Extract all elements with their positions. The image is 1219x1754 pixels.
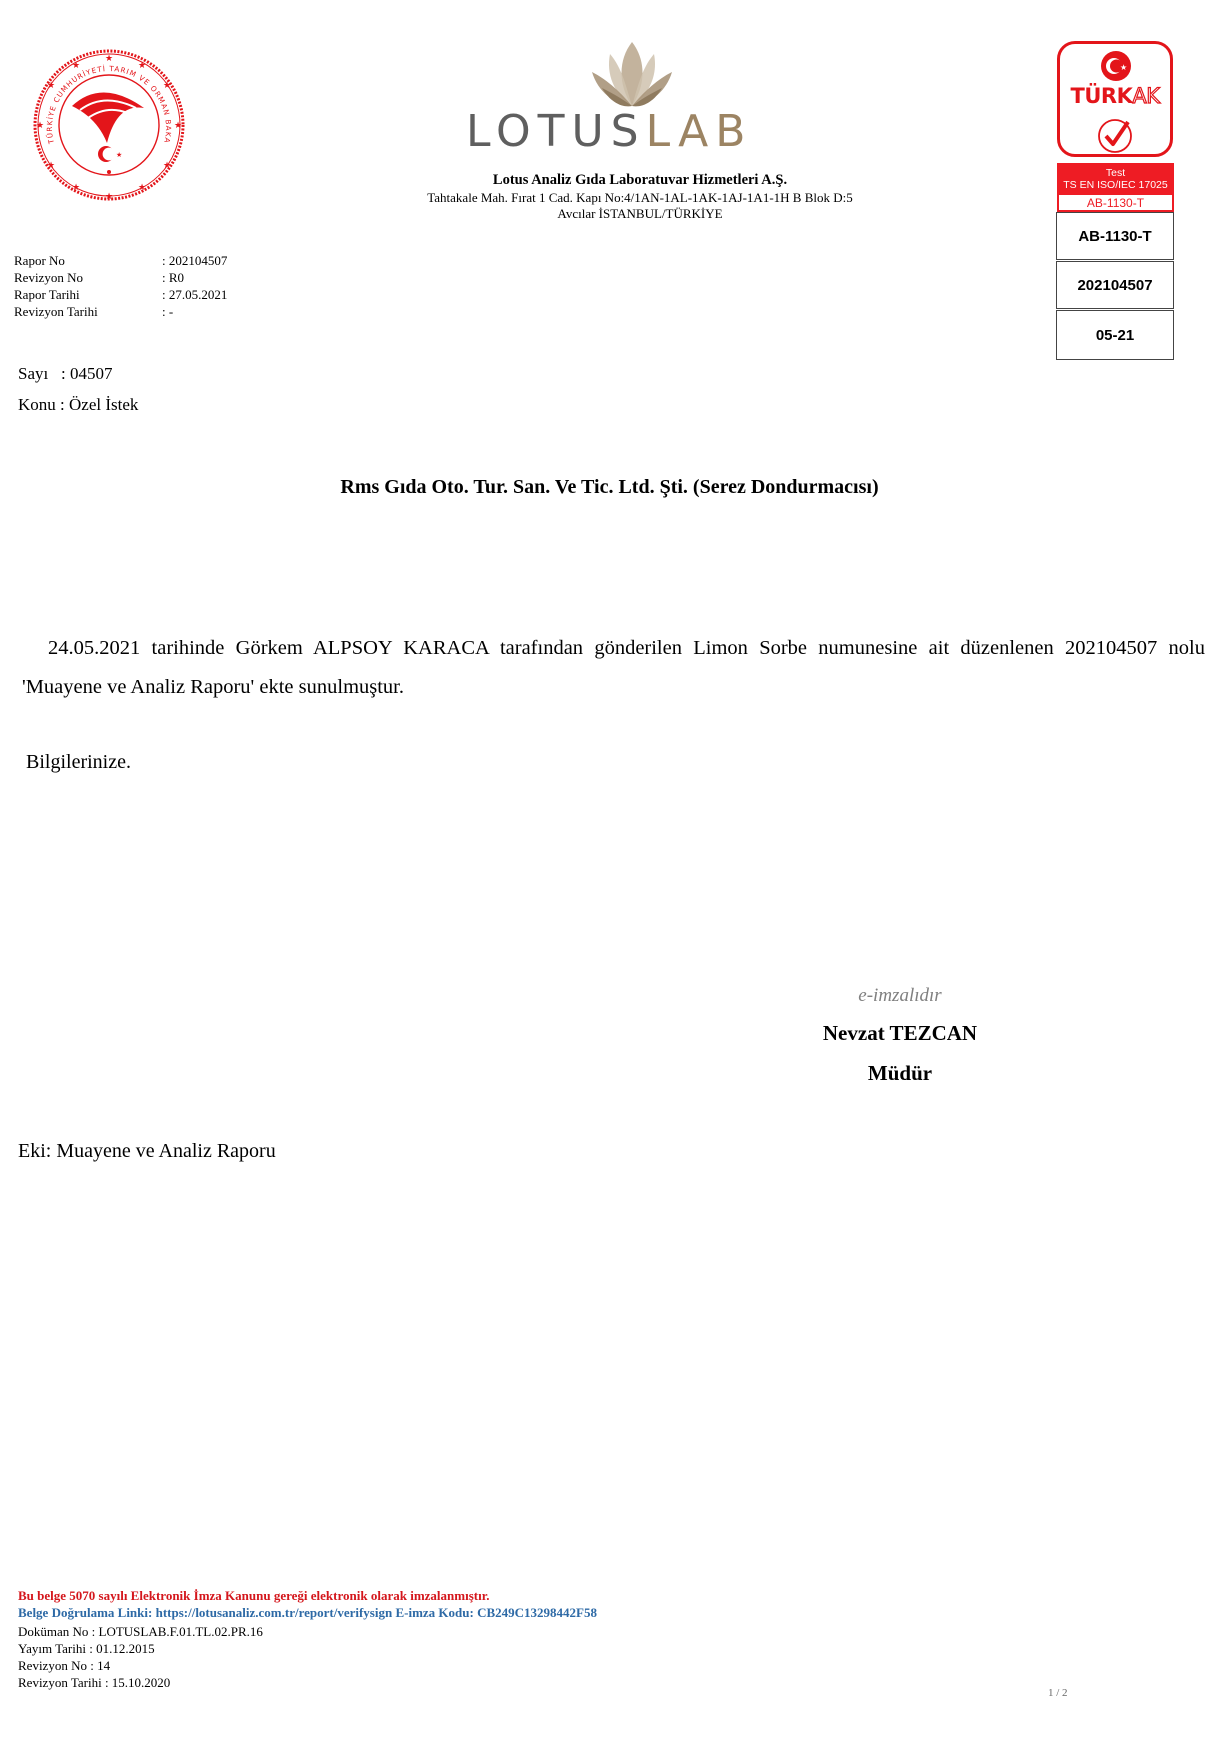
report-number-box: 202104507 [1056,261,1174,309]
company-name: Lotus Analiz Gıda Laboratuvar Hizmetleri… [380,172,900,189]
svg-text:★: ★ [105,54,113,64]
svg-text:★: ★ [138,183,146,193]
svg-text:★: ★ [72,61,80,71]
address-line-1: Tahtakale Mah. Fırat 1 Cad. Kapı No:4/1A… [360,190,920,206]
svg-text:★: ★ [72,183,80,193]
svg-text:★: ★ [1120,63,1127,72]
signer-title: Müdür [780,1061,1020,1086]
svg-text:★: ★ [174,121,182,131]
legal-notice: Bu belge 5070 sayılı Elektronik İmza Kan… [18,1588,490,1604]
meta-row: Rapor Tarihi: 27.05.2021 [14,286,227,303]
date-code-box: 05-21 [1056,310,1174,360]
svg-text:★: ★ [163,81,171,91]
turkak-wordmark: TÜRKAK [1060,84,1170,108]
letter-closing: Bilgilerinize. [26,751,131,774]
svg-text:★: ★ [138,61,146,71]
page-number: 1 / 2 [1048,1687,1068,1699]
accreditation-number-box: AB-1130-T [1056,212,1174,260]
turkak-badge: ★ TÜRKAK [1057,41,1173,157]
lotuslab-logo: LOTUSLAB [466,108,816,156]
svg-text:★: ★ [36,121,44,131]
report-meta: Rapor No: 202104507 Revizyon No: R0 Rapo… [14,252,227,320]
letter-body: 24.05.2021 tarihinde Görkem ALPSOY KARAC… [22,629,1205,707]
e-signature-note: e-imzalıdır [780,985,1020,1007]
svg-text:★: ★ [163,161,171,171]
meta-row: Revizyon Tarihi: - [14,303,227,320]
meta-row: Rapor No: 202104507 [14,252,227,269]
address-line-2: Avcılar İSTANBUL/TÜRKİYE [360,206,920,222]
checkmark-icon [1096,116,1134,154]
document-info: Doküman No : LOTUSLAB.F.01.TL.02.PR.16 Y… [18,1623,263,1691]
crescent-star-icon: ★ [1101,51,1131,81]
ministry-seal-icon: ★★ ★★ ★★ ★★ ★★ ★★ TÜRKİYE CUMHURİYETİ TA… [32,48,186,202]
verification-link[interactable]: Belge Doğrulama Linki: https://lotusanal… [18,1605,597,1621]
logo-lotus: LOTUS [466,106,646,157]
accreditation-code: AB-1130-T [1059,195,1172,210]
logo-lab: LAB [646,106,753,157]
company-address: Tahtakale Mah. Fırat 1 Cad. Kapı No:4/1A… [360,190,920,222]
svg-text:★: ★ [105,192,113,202]
attachment-note: Eki: Muayene ve Analiz Raporu [18,1140,276,1163]
meta-row: Revizyon No: R0 [14,269,227,286]
letter-subject: Konu : Özel İstek [18,395,138,415]
signer-name: Nevzat TEZCAN [780,1021,1020,1046]
svg-text:★: ★ [116,151,122,159]
letter-number: Sayı : 04507 [18,364,112,384]
recipient-name: Rms Gıda Oto. Tur. San. Ve Tic. Ltd. Şti… [0,476,1219,499]
accreditation-standard-label: Test TS EN ISO/IEC 17025 AB-1130-T [1057,163,1174,212]
svg-text:★: ★ [47,81,55,91]
lotus-flower-icon [588,40,676,110]
svg-text:★: ★ [47,161,55,171]
